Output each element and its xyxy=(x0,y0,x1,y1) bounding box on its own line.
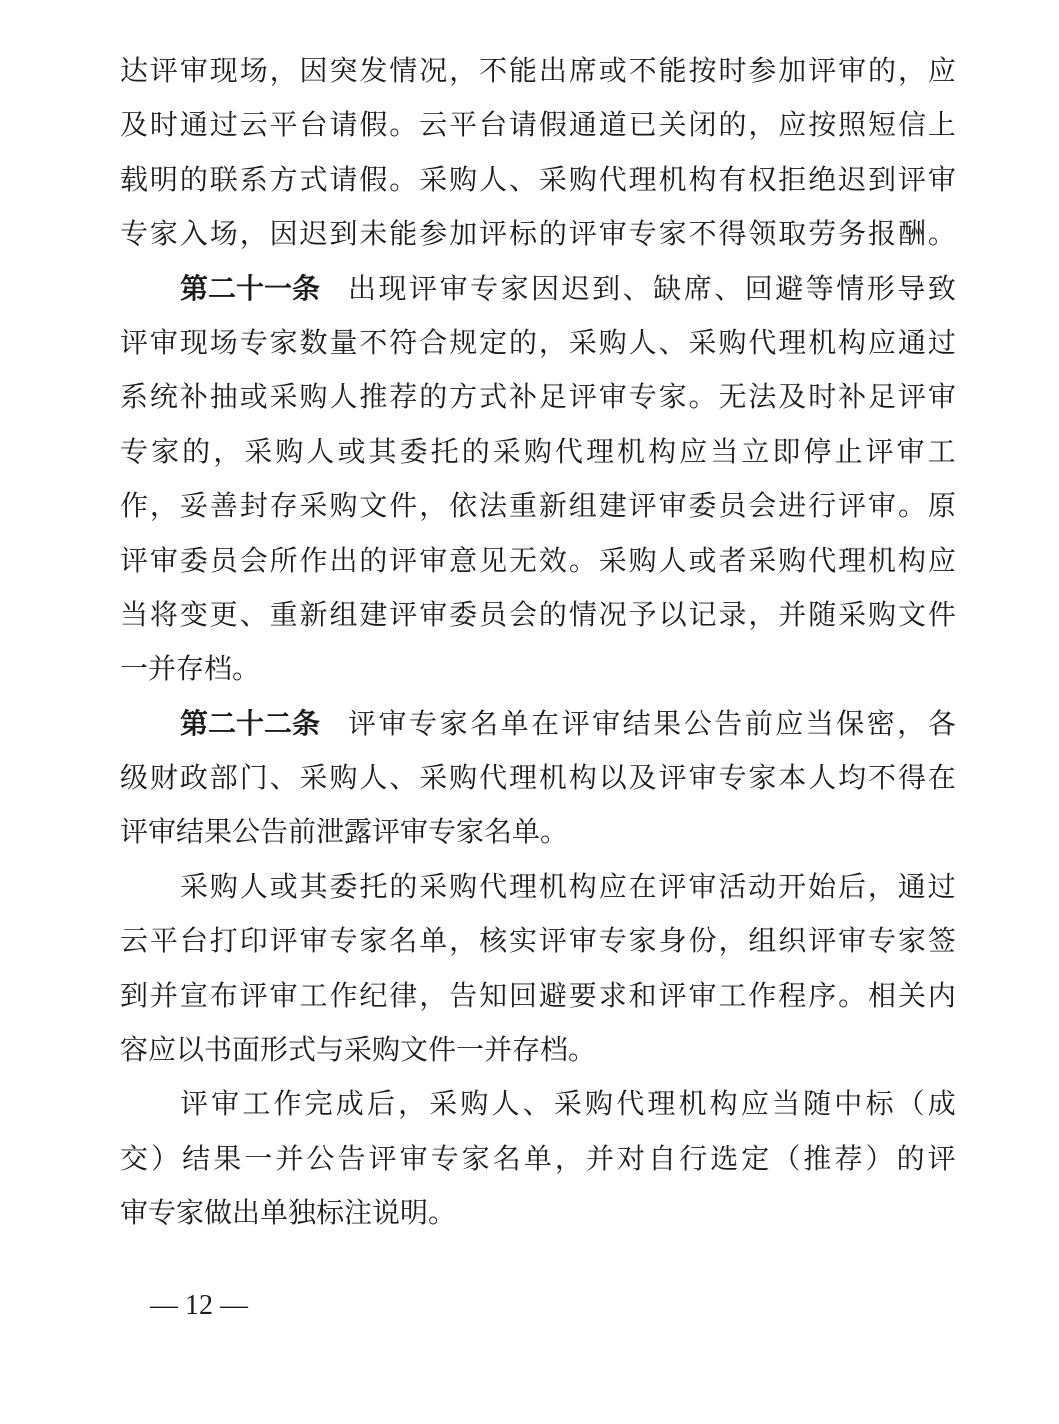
article-heading: 第二十一条 xyxy=(180,262,320,316)
text-line: 评审工作完成后，采购人、采购代理机构应当随中标（成 xyxy=(120,1077,956,1131)
text-line: 评审结果公告前泄露评审专家名单。 xyxy=(120,805,956,859)
page-number: — 12 — xyxy=(150,1290,248,1322)
article-21-first-line: 第二十一条 出现评审专家因迟到、缺席、回避等情形导致 xyxy=(120,262,956,316)
text-line: 交）结果一并公告评审专家名单，并对自行选定（推荐）的评 xyxy=(120,1132,956,1186)
text-line: 评审现场专家数量不符合规定的，采购人、采购代理机构应通过 xyxy=(120,316,956,370)
text-line: 载明的联系方式请假。采购人、采购代理机构有权拒绝迟到评审 xyxy=(120,153,956,207)
text-line: 达评审现场，因突发情况，不能出席或不能按时参加评审的，应 xyxy=(120,44,956,98)
text-line: 级财政部门、采购人、采购代理机构以及评审专家本人均不得在 xyxy=(120,751,956,805)
document-page: 达评审现场，因突发情况，不能出席或不能按时参加评审的，应 及时通过云平台请假。云… xyxy=(120,44,956,1241)
text-line: 采购人或其委托的采购代理机构应在评审活动开始后，通过 xyxy=(120,860,956,914)
text-line: 出现评审专家因迟到、缺席、回避等情形导致 xyxy=(348,262,956,316)
text-line: 一并存档。 xyxy=(120,642,956,696)
text-line: 当将变更、重新组建评审委员会的情况予以记录，并随采购文件 xyxy=(120,588,956,642)
text-line: 专家的，采购人或其委托的采购代理机构应当立即停止评审工 xyxy=(120,425,956,479)
text-line: 云平台打印评审专家名单，核实评审专家身份，组织评审专家签 xyxy=(120,914,956,968)
text-line: 到并宣布评审工作纪律，告知回避要求和评审工作程序。相关内 xyxy=(120,969,956,1023)
text-line: 作，妥善封存采购文件，依法重新组建评审委员会进行评审。原 xyxy=(120,479,956,533)
text-line: 系统补抽或采购人推荐的方式补足评审专家。无法及时补足评审 xyxy=(120,370,956,424)
text-line: 评审专家名单在评审结果公告前应当保密，各 xyxy=(348,697,956,751)
text-line: 评审委员会所作出的评审意见无效。采购人或者采购代理机构应 xyxy=(120,534,956,588)
text-line: 及时通过云平台请假。云平台请假通道已关闭的，应按照短信上 xyxy=(120,98,956,152)
article-heading: 第二十二条 xyxy=(180,697,320,751)
text-line: 容应以书面形式与采购文件一并存档。 xyxy=(120,1023,956,1077)
article-22-first-line: 第二十二条 评审专家名单在评审结果公告前应当保密，各 xyxy=(120,697,956,751)
text-line: 审专家做出单独标注说明。 xyxy=(120,1186,956,1240)
text-line: 专家入场，因迟到未能参加评标的评审专家不得领取劳务报酬。 xyxy=(120,207,956,261)
